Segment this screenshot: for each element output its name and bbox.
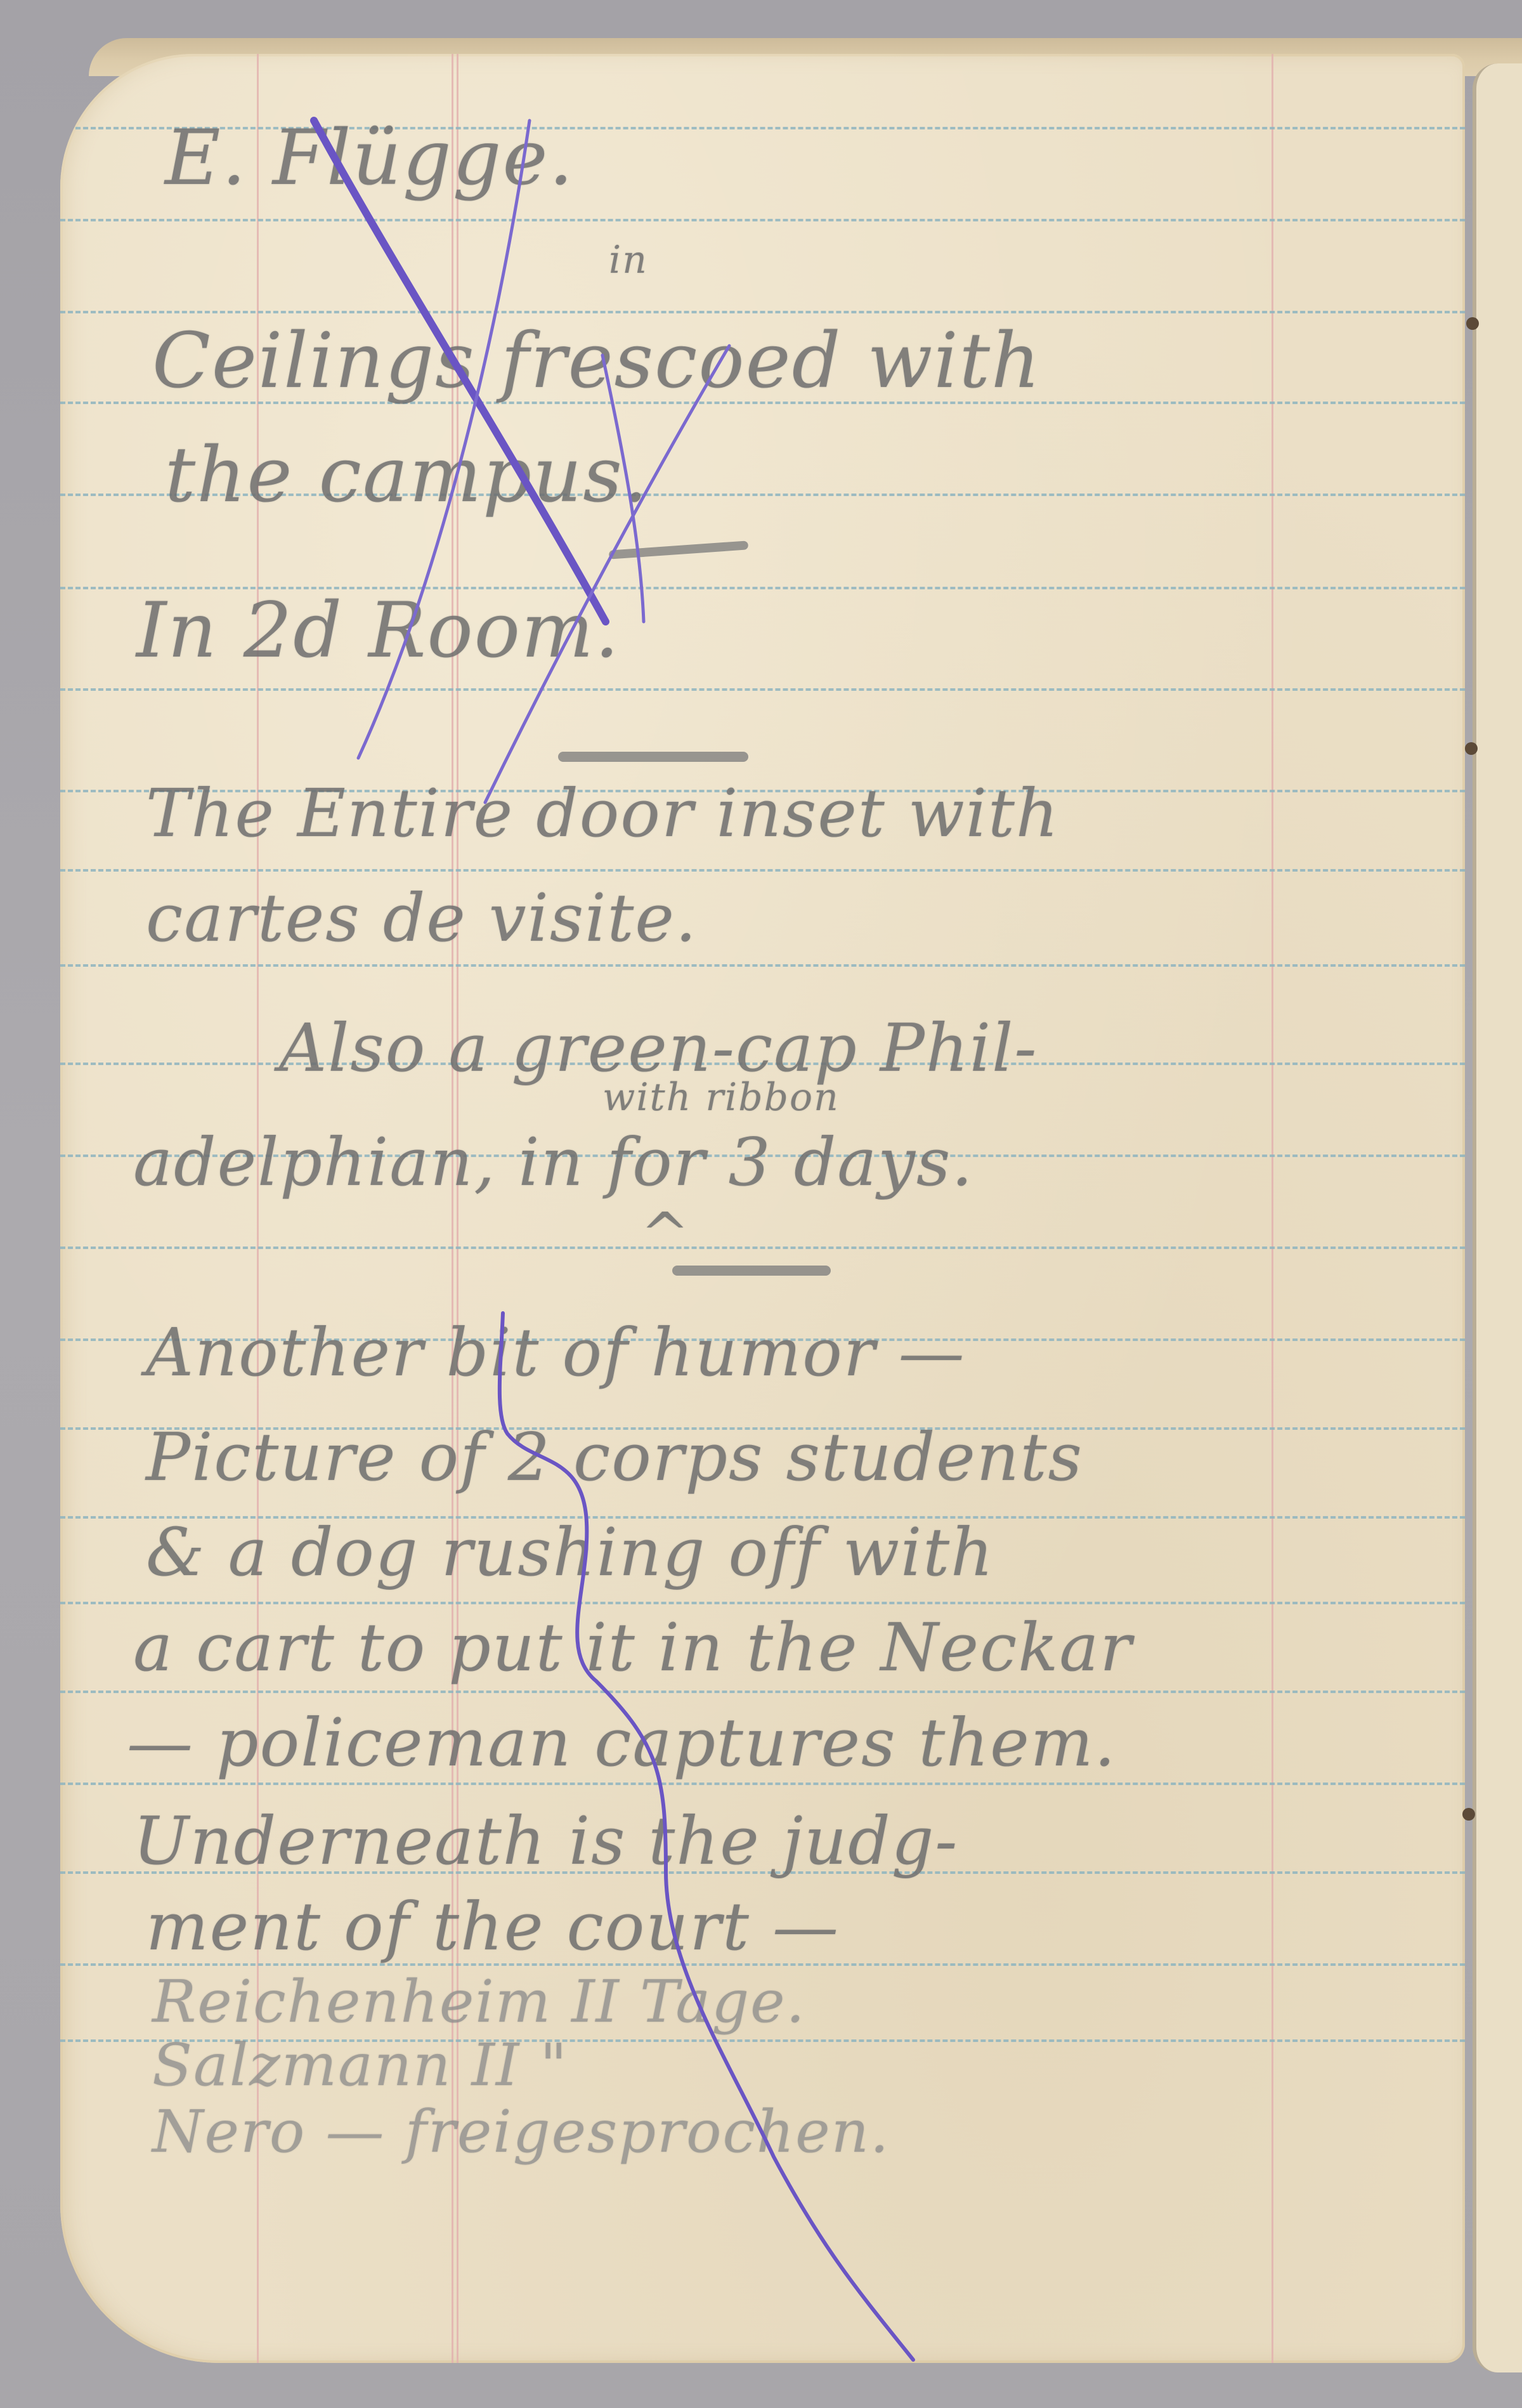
handwritten-line-dog: & a dog rushing off with (146, 1519, 994, 1585)
heading-underline (558, 752, 748, 762)
ruled-line (60, 964, 1465, 967)
ruled-line (60, 688, 1465, 691)
handwritten-line-another-bit: Another bit of humor — (146, 1319, 966, 1385)
handwritten-line-entire-door: The Entire door inset with (146, 780, 1060, 846)
handwritten-line-picture: Picture of 2 corps students (146, 1424, 1083, 1490)
handwritten-line-adelphian: adelphian, in for 3 days. (133, 1129, 973, 1195)
handwritten-heading-2d-room: In 2d Room. (136, 593, 620, 669)
facing-page-edge (1473, 63, 1522, 2372)
handwritten-line-name: E. Flügge. (165, 121, 575, 197)
handwritten-line-campus: the campus. (165, 438, 649, 514)
ruled-line (60, 1691, 1465, 1693)
handwritten-line-nero: Nero — freigesprochen. (152, 2103, 890, 2161)
handwritten-line-green-cap: Also a green-cap Phil- (279, 1015, 1037, 1081)
ruled-line (60, 219, 1465, 221)
handwritten-line-salzmann: Salzmann II " (152, 2036, 568, 2095)
handwritten-line-ceilings: Ceilings frescoed with (152, 324, 1041, 400)
margin-line-right (1272, 54, 1273, 2363)
ruled-line (60, 1247, 1465, 1249)
page-defect-mark (1462, 1808, 1475, 1821)
ruled-line (60, 1783, 1465, 1785)
ruled-line (60, 311, 1465, 313)
handwritten-mark-in: in (609, 241, 648, 279)
handwritten-insert-with-ribbon: with ribbon (602, 1078, 840, 1116)
ruled-line (60, 1602, 1465, 1604)
insertion-caret: ^ (641, 1205, 691, 1264)
handwritten-line-policeman: — policeman captures them. (127, 1710, 1117, 1776)
handwritten-line-reichenheim: Reichenheim II Tage. (152, 1973, 806, 2031)
page-defect-mark (1466, 317, 1479, 330)
handwritten-line-cart: a cart to put it in the Neckar (133, 1614, 1133, 1680)
handwritten-line-underneath: Underneath is the judg- (133, 1808, 958, 1874)
line-underline (672, 1266, 831, 1276)
ruled-line (60, 869, 1465, 872)
page-defect-mark (1465, 742, 1478, 755)
handwritten-line-cartes: cartes de visite. (146, 885, 698, 951)
handwritten-line-judgment: ment of the court — (146, 1894, 840, 1960)
